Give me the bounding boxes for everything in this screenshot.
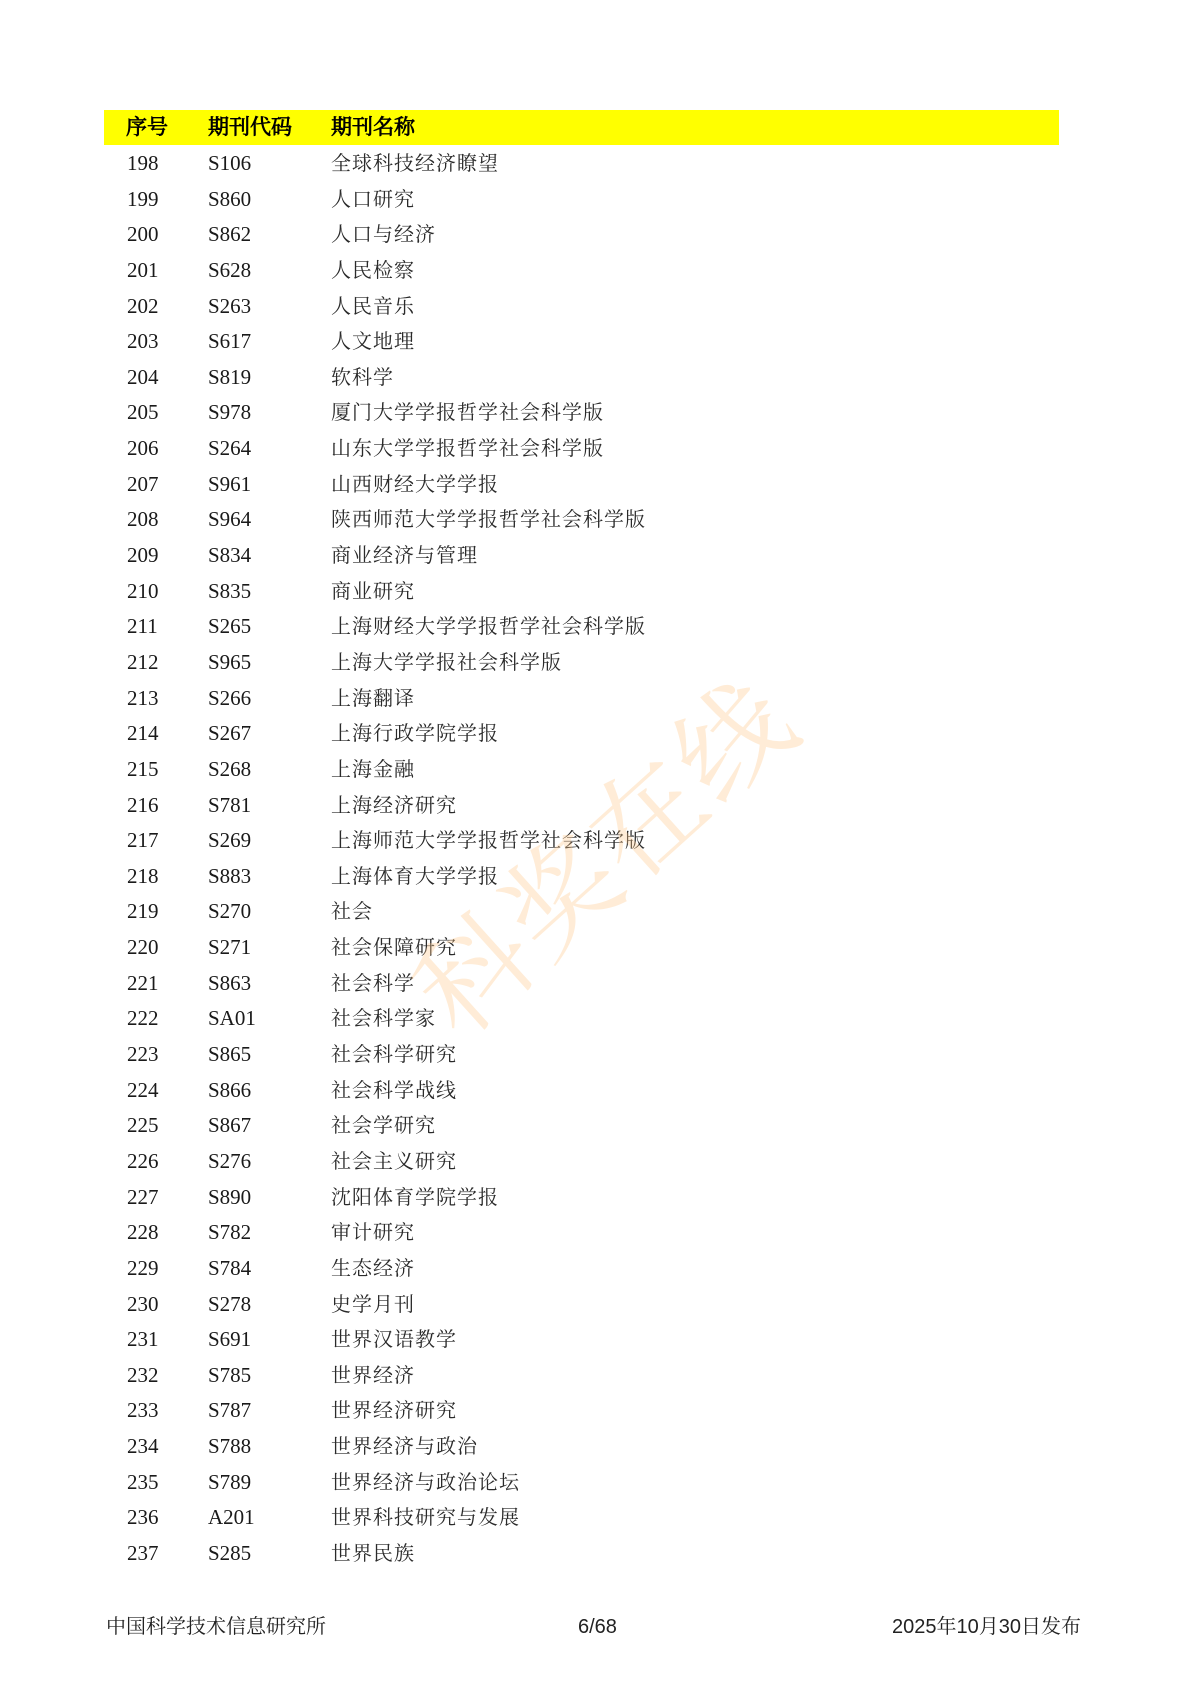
row-journal-name: 人口研究 (331, 181, 415, 217)
row-journal-code: S964 (208, 501, 251, 537)
row-journal-code: S265 (208, 608, 251, 644)
table-row: 209S834商业经济与管理 (0, 537, 1200, 573)
row-journal-name: 软科学 (331, 359, 394, 395)
row-journal-name: 社会保障研究 (331, 929, 457, 965)
row-journal-name: 人文地理 (331, 323, 415, 359)
row-journal-code: S278 (208, 1286, 251, 1322)
row-journal-code: S264 (208, 430, 251, 466)
table-row: 220S271社会保障研究 (0, 929, 1200, 965)
table-row: 202S263人民音乐 (0, 288, 1200, 324)
row-journal-name: 上海经济研究 (331, 787, 457, 823)
row-journal-name: 世界经济 (331, 1357, 415, 1393)
row-index: 231 (127, 1321, 159, 1357)
row-journal-name: 山西财经大学学报 (331, 466, 499, 502)
row-journal-code: S863 (208, 965, 251, 1001)
row-index: 203 (127, 323, 159, 359)
row-journal-code: S267 (208, 715, 251, 751)
row-index: 206 (127, 430, 159, 466)
row-journal-name: 社会 (331, 893, 373, 929)
row-index: 211 (127, 608, 158, 644)
footer-publish-date: 2025年10月30日发布 (892, 1614, 1081, 1640)
table-row: 222SA01社会科学家 (0, 1000, 1200, 1036)
row-journal-name: 上海行政学院学报 (331, 715, 499, 751)
row-journal-name: 上海体育大学学报 (331, 858, 499, 894)
footer-organization: 中国科学技术信息研究所 (106, 1614, 326, 1640)
row-journal-name: 上海翻译 (331, 680, 415, 716)
journal-table-body: 198S106全球科技经济瞭望199S860人口研究200S862人口与经济20… (0, 145, 1200, 1571)
row-index: 228 (127, 1214, 159, 1250)
row-index: 236 (127, 1499, 159, 1535)
table-row: 237S285世界民族 (0, 1535, 1200, 1571)
row-journal-name: 世界经济与政治论坛 (331, 1464, 520, 1500)
row-journal-name: 社会科学战线 (331, 1072, 457, 1108)
table-row: 219S270社会 (0, 893, 1200, 929)
row-journal-code: S628 (208, 252, 251, 288)
table-row: 198S106全球科技经济瞭望 (0, 145, 1200, 181)
row-journal-name: 山东大学学报哲学社会科学版 (331, 430, 604, 466)
row-journal-name: 审计研究 (331, 1214, 415, 1250)
table-row: 235S789世界经济与政治论坛 (0, 1464, 1200, 1500)
row-journal-name: 上海大学学报社会科学版 (331, 644, 562, 680)
table-row: 233S787世界经济研究 (0, 1392, 1200, 1428)
header-journal-code: 期刊代码 (208, 110, 292, 145)
row-journal-code: S865 (208, 1036, 251, 1072)
table-row: 218S883上海体育大学学报 (0, 858, 1200, 894)
row-journal-name: 人民音乐 (331, 288, 415, 324)
row-journal-code: S285 (208, 1535, 251, 1571)
footer-page-number: 6/68 (578, 1614, 617, 1640)
table-row: 234S788世界经济与政治 (0, 1428, 1200, 1464)
row-journal-code: S784 (208, 1250, 251, 1286)
row-journal-code: S961 (208, 466, 251, 502)
table-row: 224S866社会科学战线 (0, 1072, 1200, 1108)
table-row: 210S835商业研究 (0, 573, 1200, 609)
row-journal-code: S617 (208, 323, 251, 359)
row-journal-name: 生态经济 (331, 1250, 415, 1286)
row-index: 204 (127, 359, 159, 395)
table-row: 213S266上海翻译 (0, 680, 1200, 716)
row-journal-code: S268 (208, 751, 251, 787)
table-row: 230S278史学月刊 (0, 1286, 1200, 1322)
row-journal-name: 上海师范大学学报哲学社会科学版 (331, 822, 646, 858)
row-journal-name: 人民检察 (331, 252, 415, 288)
table-row: 205S978厦门大学学报哲学社会科学版 (0, 394, 1200, 430)
row-journal-code: S965 (208, 644, 251, 680)
row-journal-name: 社会科学家 (331, 1000, 436, 1036)
table-row: 225S867社会学研究 (0, 1107, 1200, 1143)
table-row: 201S628人民检察 (0, 252, 1200, 288)
table-row: 227S890沈阳体育学院学报 (0, 1179, 1200, 1215)
row-index: 207 (127, 466, 159, 502)
header-index: 序号 (126, 110, 168, 145)
table-row: 199S860人口研究 (0, 181, 1200, 217)
table-row: 231S691世界汉语教学 (0, 1321, 1200, 1357)
row-journal-name: 史学月刊 (331, 1286, 415, 1322)
row-index: 221 (127, 965, 159, 1001)
row-journal-code: S263 (208, 288, 251, 324)
table-row: 214S267上海行政学院学报 (0, 715, 1200, 751)
row-index: 223 (127, 1036, 159, 1072)
row-index: 202 (127, 288, 159, 324)
table-row: 207S961山西财经大学学报 (0, 466, 1200, 502)
row-journal-name: 世界经济研究 (331, 1392, 457, 1428)
row-journal-code: S867 (208, 1107, 251, 1143)
row-journal-name: 人口与经济 (331, 216, 436, 252)
row-journal-name: 沈阳体育学院学报 (331, 1179, 499, 1215)
table-header: 序号 期刊代码 期刊名称 (104, 110, 1059, 145)
row-index: 230 (127, 1286, 159, 1322)
row-journal-code: SA01 (208, 1000, 256, 1036)
row-journal-name: 世界民族 (331, 1535, 415, 1571)
row-index: 218 (127, 858, 159, 894)
row-journal-code: S781 (208, 787, 251, 823)
row-journal-name: 世界汉语教学 (331, 1321, 457, 1357)
row-journal-code: S691 (208, 1321, 251, 1357)
row-journal-code: S835 (208, 573, 251, 609)
row-index: 233 (127, 1392, 159, 1428)
table-row: 229S784生态经济 (0, 1250, 1200, 1286)
row-index: 209 (127, 537, 159, 573)
row-journal-code: S782 (208, 1214, 251, 1250)
row-index: 229 (127, 1250, 159, 1286)
row-index: 220 (127, 929, 159, 965)
table-row: 221S863社会科学 (0, 965, 1200, 1001)
header-journal-name: 期刊名称 (331, 110, 415, 145)
row-index: 215 (127, 751, 159, 787)
row-index: 214 (127, 715, 159, 751)
row-journal-name: 全球科技经济瞭望 (331, 145, 499, 181)
row-index: 208 (127, 501, 159, 537)
row-journal-code: S788 (208, 1428, 251, 1464)
row-index: 226 (127, 1143, 159, 1179)
row-journal-code: S266 (208, 680, 251, 716)
table-row: 203S617人文地理 (0, 323, 1200, 359)
row-index: 199 (127, 181, 159, 217)
row-index: 217 (127, 822, 159, 858)
row-index: 235 (127, 1464, 159, 1500)
row-journal-code: S269 (208, 822, 251, 858)
row-journal-name: 上海金融 (331, 751, 415, 787)
row-journal-name: 商业经济与管理 (331, 537, 478, 573)
table-row: 215S268上海金融 (0, 751, 1200, 787)
row-index: 213 (127, 680, 159, 716)
row-index: 224 (127, 1072, 159, 1108)
row-index: 201 (127, 252, 159, 288)
row-journal-name: 世界经济与政治 (331, 1428, 478, 1464)
row-journal-name: 厦门大学学报哲学社会科学版 (331, 394, 604, 430)
row-index: 205 (127, 394, 159, 430)
row-journal-code: S860 (208, 181, 251, 217)
row-index: 212 (127, 644, 159, 680)
row-journal-code: S787 (208, 1392, 251, 1428)
row-journal-name: 上海财经大学学报哲学社会科学版 (331, 608, 646, 644)
row-index: 232 (127, 1357, 159, 1393)
table-row: 211S265上海财经大学学报哲学社会科学版 (0, 608, 1200, 644)
row-index: 234 (127, 1428, 159, 1464)
table-row: 206S264山东大学学报哲学社会科学版 (0, 430, 1200, 466)
table-row: 236A201世界科技研究与发展 (0, 1499, 1200, 1535)
row-journal-code: S106 (208, 145, 251, 181)
row-journal-code: S883 (208, 858, 251, 894)
row-journal-code: S271 (208, 929, 251, 965)
table-row: 212S965上海大学学报社会科学版 (0, 644, 1200, 680)
table-row: 204S819软科学 (0, 359, 1200, 395)
table-row: 223S865社会科学研究 (0, 1036, 1200, 1072)
row-journal-code: S834 (208, 537, 251, 573)
row-journal-name: 陕西师范大学学报哲学社会科学版 (331, 501, 646, 537)
row-journal-name: 商业研究 (331, 573, 415, 609)
row-index: 222 (127, 1000, 159, 1036)
table-row: 228S782审计研究 (0, 1214, 1200, 1250)
row-index: 225 (127, 1107, 159, 1143)
row-journal-name: 世界科技研究与发展 (331, 1499, 520, 1535)
table-row: 232S785世界经济 (0, 1357, 1200, 1393)
row-journal-code: S862 (208, 216, 251, 252)
row-journal-code: S789 (208, 1464, 251, 1500)
row-journal-code: S276 (208, 1143, 251, 1179)
row-index: 198 (127, 145, 159, 181)
table-row: 217S269上海师范大学学报哲学社会科学版 (0, 822, 1200, 858)
row-journal-code: S866 (208, 1072, 251, 1108)
table-row: 200S862人口与经济 (0, 216, 1200, 252)
table-row: 226S276社会主义研究 (0, 1143, 1200, 1179)
row-index: 210 (127, 573, 159, 609)
table-row: 216S781上海经济研究 (0, 787, 1200, 823)
row-journal-code: S819 (208, 359, 251, 395)
row-journal-name: 社会科学研究 (331, 1036, 457, 1072)
row-journal-name: 社会学研究 (331, 1107, 436, 1143)
row-index: 219 (127, 893, 159, 929)
row-index: 227 (127, 1179, 159, 1215)
row-journal-code: S890 (208, 1179, 251, 1215)
table-row: 208S964陕西师范大学学报哲学社会科学版 (0, 501, 1200, 537)
row-index: 200 (127, 216, 159, 252)
row-journal-code: S270 (208, 893, 251, 929)
row-journal-name: 社会科学 (331, 965, 415, 1001)
row-journal-code: S978 (208, 394, 251, 430)
row-journal-code: A201 (208, 1499, 255, 1535)
row-index: 216 (127, 787, 159, 823)
row-index: 237 (127, 1535, 159, 1571)
row-journal-name: 社会主义研究 (331, 1143, 457, 1179)
row-journal-code: S785 (208, 1357, 251, 1393)
